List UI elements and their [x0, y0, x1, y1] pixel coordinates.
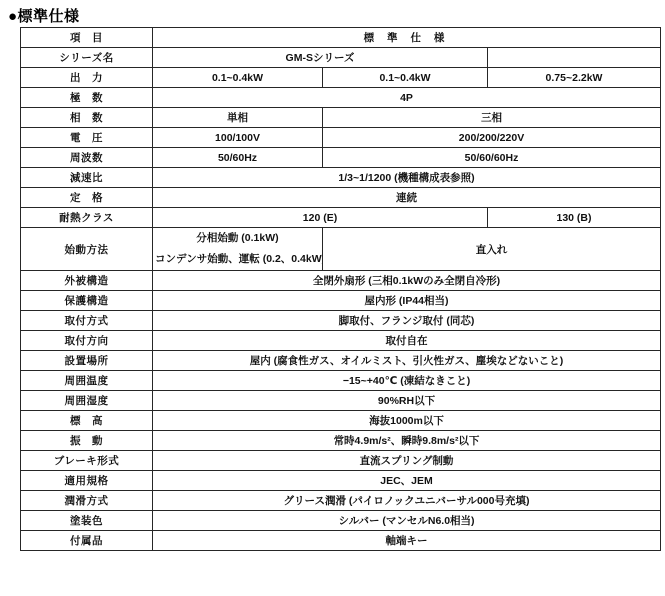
table-row-output: 出 力 0.1~0.4kW 0.1~0.4kW 0.75~2.2kW — [21, 68, 661, 88]
cell-value: 4P — [153, 88, 661, 108]
table-row-enclosure: 外被構造 全閉外扇形 (三相0.1kWのみ全閉自冷形) — [21, 271, 661, 291]
cell-value: 200/200/220V — [323, 128, 661, 148]
table-row-vibration: 振 動 常時4.9m/s²、瞬時9.8m/s²以下 — [21, 431, 661, 451]
row-label: ブレーキ形式 — [21, 451, 153, 471]
row-label: 標 高 — [21, 411, 153, 431]
cell-value: 0.75~2.2kW — [488, 68, 661, 88]
cell-value: 脚取付、フランジ取付 (同芯) — [153, 311, 661, 331]
cell-value: 120 (E) — [153, 208, 488, 228]
page: ●標準仕様 項 目 標 準 仕 様 シリーズ名 GM-Sシリーズ GM-SPシリ… — [0, 0, 665, 596]
page-title: ●標準仕様 — [8, 5, 80, 26]
series-gm-sp-cell: GM-SPシリーズ — [488, 48, 661, 68]
row-label: 塗装色 — [21, 511, 153, 531]
cell-value: 海抜1000m以下 — [153, 411, 661, 431]
cell-value: 直入れ — [323, 228, 661, 271]
table-row-heat-class: 耐熱クラス 120 (E) 130 (B) — [21, 208, 661, 228]
table-row-header: 項 目 標 準 仕 様 — [21, 28, 661, 48]
row-label: 極 数 — [21, 88, 153, 108]
row-label: シリーズ名 — [21, 48, 153, 68]
row-label: 周囲湿度 — [21, 391, 153, 411]
row-label: 定 格 — [21, 188, 153, 208]
row-label: 取付方式 — [21, 311, 153, 331]
cell-value: 50/60Hz — [153, 148, 323, 168]
cell-value: −15~+40℃ (凍結なきこと) — [153, 371, 661, 391]
cell-value: グリース潤滑 (パイロノックユニバーサル000号充填) — [153, 491, 661, 511]
cell-value: 三相 — [323, 108, 661, 128]
table-row-starting-method: 始動方法 分相始動 (0.1kW) コンデンサ始動、運転 (0.2、0.4kW)… — [21, 228, 661, 271]
table-row-frequency: 周波数 50/60Hz 50/60/60Hz — [21, 148, 661, 168]
table-row-series: シリーズ名 GM-Sシリーズ GM-SPシリーズ — [21, 48, 661, 68]
cell-value: 屋内形 (IP44相当) — [153, 291, 661, 311]
table-row-accessories: 付属品 軸端キー — [21, 531, 661, 551]
row-label: 付属品 — [21, 531, 153, 551]
table-row-installation-site: 設置場所 屋内 (腐食性ガス、オイルミスト、引火性ガス、塵埃などないこと) — [21, 351, 661, 371]
table-row-phase: 相 数 単相 三相 — [21, 108, 661, 128]
starting-method-line2: コンデンサ始動、運転 (0.2、0.4kW) — [155, 254, 320, 265]
cell-value: JEC、JEM — [153, 471, 661, 491]
row-label: 電 圧 — [21, 128, 153, 148]
row-label: 耐熱クラス — [21, 208, 153, 228]
cell-value: 50/60/60Hz — [323, 148, 661, 168]
row-label: 始動方法 — [21, 228, 153, 271]
spec-header-cell: 標 準 仕 様 — [153, 28, 661, 48]
row-label: 出 力 — [21, 68, 153, 88]
table-row-applicable-standards: 適用規格 JEC、JEM — [21, 471, 661, 491]
cell-value: シルバー (マンセルN6.0相当) — [153, 511, 661, 531]
row-label: 外被構造 — [21, 271, 153, 291]
table-row-protection: 保護構造 屋内形 (IP44相当) — [21, 291, 661, 311]
cell-value: 全閉外扇形 (三相0.1kWのみ全閉自冷形) — [153, 271, 661, 291]
cell-value: 軸端キー — [153, 531, 661, 551]
cell-value: 連続 — [153, 188, 661, 208]
starting-method-line1: 分相始動 (0.1kW) — [155, 233, 320, 244]
series-gm-s-cell: GM-Sシリーズ — [153, 48, 488, 68]
cell-value: 常時4.9m/s²、瞬時9.8m/s²以下 — [153, 431, 661, 451]
cell-value: 0.1~0.4kW — [153, 68, 323, 88]
cell-value: 1/3~1/1200 (機種構成表参照) — [153, 168, 661, 188]
table-row-paint-color: 塗装色 シルバー (マンセルN6.0相当) — [21, 511, 661, 531]
table-row-voltage: 電 圧 100/100V 200/200/220V — [21, 128, 661, 148]
cell-value: 130 (B) — [488, 208, 661, 228]
row-label: 保護構造 — [21, 291, 153, 311]
row-label: 項 目 — [21, 28, 153, 48]
table-row-ambient-temperature: 周囲温度 −15~+40℃ (凍結なきこと) — [21, 371, 661, 391]
cell-value: 100/100V — [153, 128, 323, 148]
table-row-mounting-direction: 取付方向 取付自在 — [21, 331, 661, 351]
table-row-poles: 極 数 4P — [21, 88, 661, 108]
row-label: 設置場所 — [21, 351, 153, 371]
spec-table: 項 目 標 準 仕 様 シリーズ名 GM-Sシリーズ GM-SPシリーズ 出 力… — [20, 27, 661, 551]
row-label: 取付方向 — [21, 331, 153, 351]
row-label: 振 動 — [21, 431, 153, 451]
cell-value: 90%RH以下 — [153, 391, 661, 411]
row-label: 適用規格 — [21, 471, 153, 491]
row-label: 減速比 — [21, 168, 153, 188]
table-row-brake-type: ブレーキ形式 直流スプリング制動 — [21, 451, 661, 471]
cell-value: 0.1~0.4kW — [323, 68, 488, 88]
cell-value: 単相 — [153, 108, 323, 128]
table-row-reduction-ratio: 減速比 1/3~1/1200 (機種構成表参照) — [21, 168, 661, 188]
cell-value: 屋内 (腐食性ガス、オイルミスト、引火性ガス、塵埃などないこと) — [153, 351, 661, 371]
cell-value: 分相始動 (0.1kW) コンデンサ始動、運転 (0.2、0.4kW) — [153, 228, 323, 271]
cell-value: 直流スプリング制動 — [153, 451, 661, 471]
row-label: 周囲温度 — [21, 371, 153, 391]
row-label: 周波数 — [21, 148, 153, 168]
cell-value: 取付自在 — [153, 331, 661, 351]
table-row-altitude: 標 高 海抜1000m以下 — [21, 411, 661, 431]
table-row-lubrication: 潤滑方式 グリース潤滑 (パイロノックユニバーサル000号充填) — [21, 491, 661, 511]
table-row-rating: 定 格 連続 — [21, 188, 661, 208]
table-row-ambient-humidity: 周囲湿度 90%RH以下 — [21, 391, 661, 411]
row-label: 相 数 — [21, 108, 153, 128]
row-label: 潤滑方式 — [21, 491, 153, 511]
table-row-mounting-type: 取付方式 脚取付、フランジ取付 (同芯) — [21, 311, 661, 331]
